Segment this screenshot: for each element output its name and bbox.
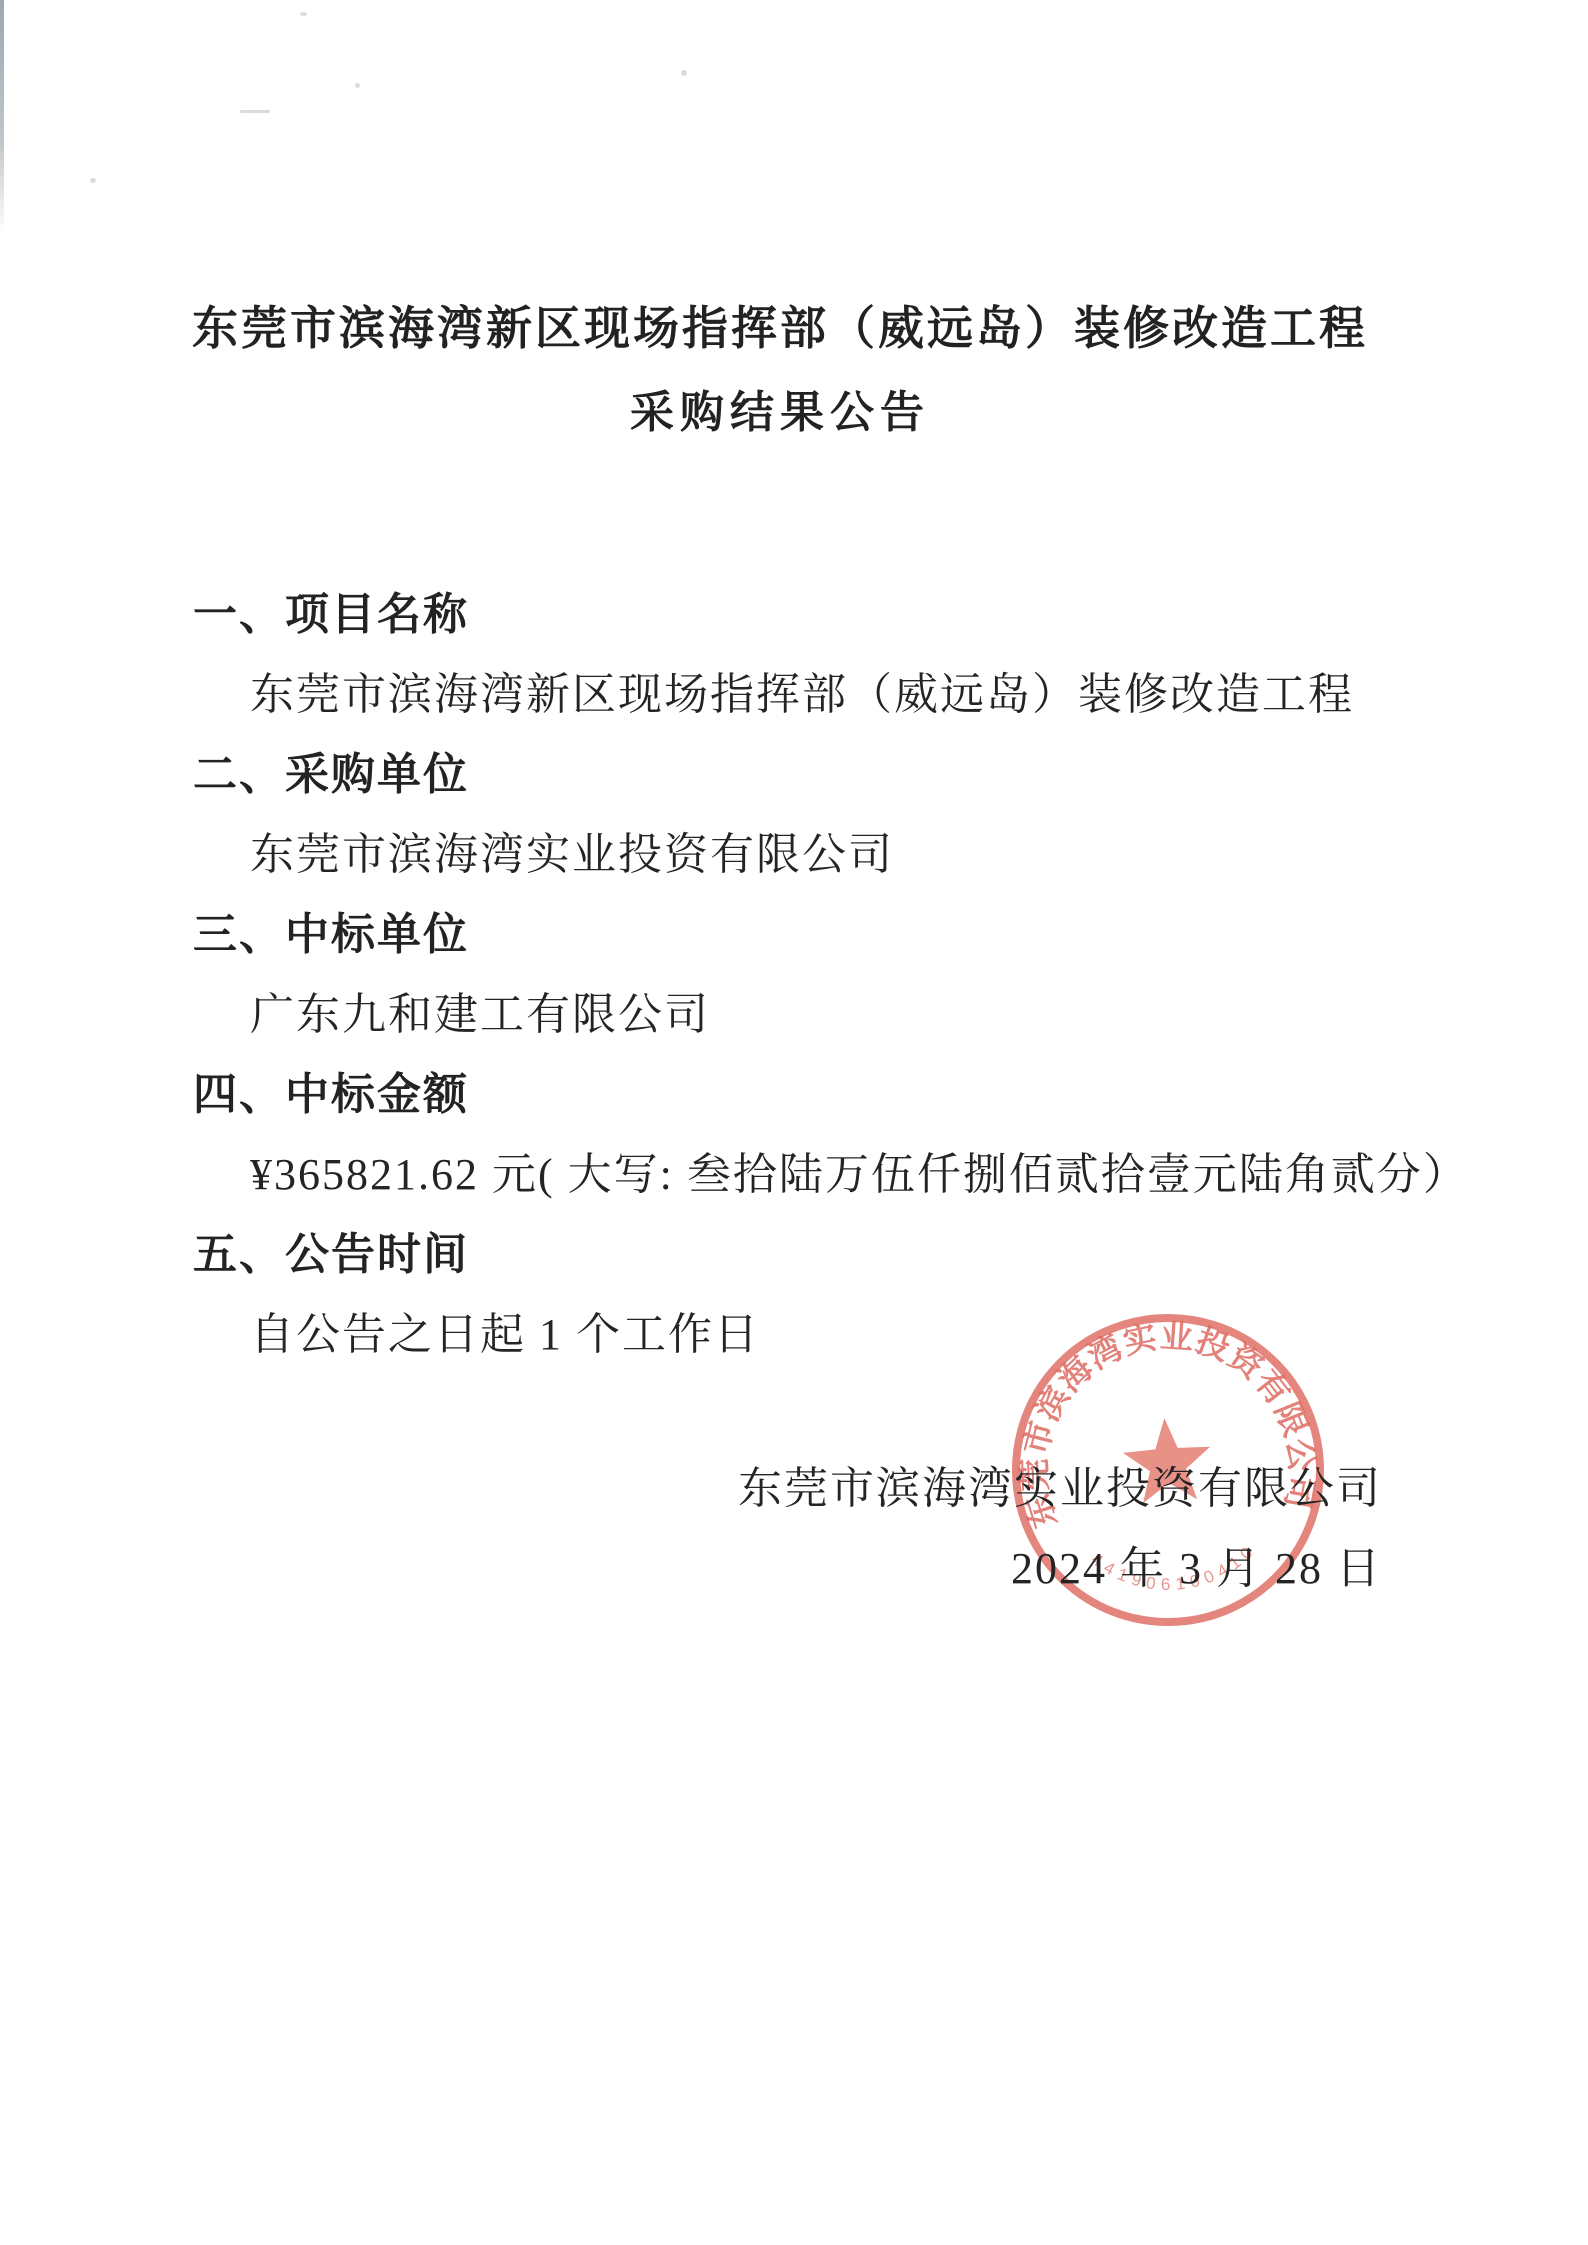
signature-company: 东莞市滨海湾实业投资有限公司 <box>738 1452 1382 1516</box>
signature-date: 2024 年 3 月 28 日 <box>1011 1532 1382 1596</box>
document-title-line1: 东莞市滨海湾新区现场指挥部（威远岛）装修改造工程 <box>0 292 1560 358</box>
document-title-line2: 采购结果公告 <box>0 376 1560 440</box>
scan-speck <box>90 178 96 183</box>
section-5-body: 自公告之日起 1 个工作日 <box>250 1298 760 1362</box>
scan-speck <box>681 70 687 76</box>
section-2-heading: 二、采购单位 <box>193 738 469 802</box>
section-3-body: 广东九和建工有限公司 <box>250 978 710 1042</box>
section-2-body: 东莞市滨海湾实业投资有限公司 <box>250 818 894 882</box>
scan-speck <box>300 12 307 16</box>
section-4-body: ¥365821.62 元( 大写: 叁拾陆万伍仟捌佰贰拾壹元陆角贰分） <box>250 1138 1469 1202</box>
scan-speck <box>355 83 360 88</box>
section-1-heading: 一、项目名称 <box>193 578 469 642</box>
scanned-document-page: { "doc": { "title_line1": "东莞市滨海湾新区现场指挥部… <box>0 0 1588 2245</box>
scan-edge-artifact <box>0 0 4 235</box>
section-3-heading: 三、中标单位 <box>193 898 469 962</box>
scan-speck <box>240 110 270 113</box>
section-5-heading: 五、公告时间 <box>193 1218 469 1282</box>
section-1-body: 东莞市滨海湾新区现场指挥部（威远岛）装修改造工程 <box>250 658 1354 722</box>
section-4-heading: 四、中标金额 <box>193 1058 469 1122</box>
